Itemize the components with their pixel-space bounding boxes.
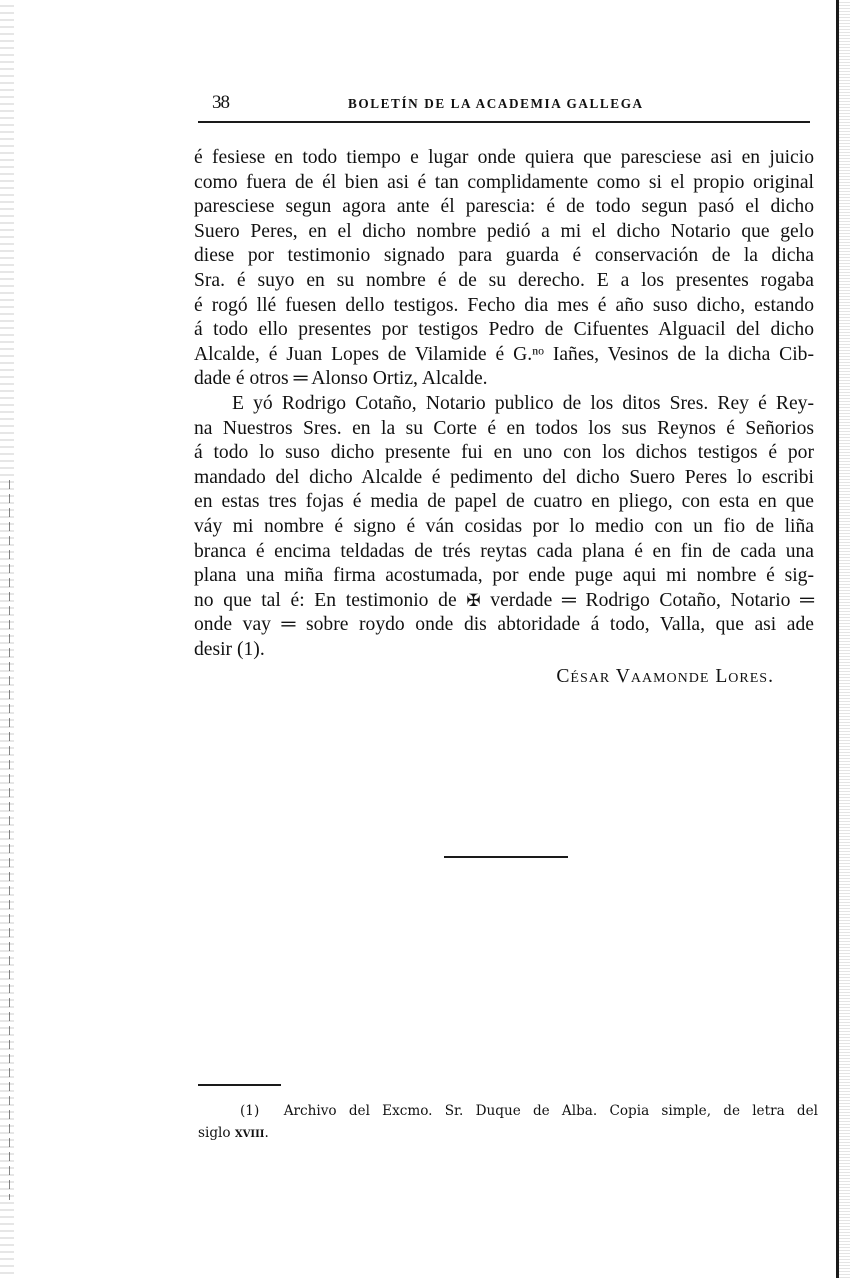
text-line: é rogó llé fuesen dello testigos. Fecho … (194, 294, 814, 319)
footnote-line: (1) Archivo del Excmo. Sr. Duque de Alba… (198, 1100, 818, 1122)
running-head: 38 BOLETÍN DE LA ACADEMIA GALLEGA (200, 92, 810, 114)
text-line: plana una miña firma acostumada, por end… (194, 564, 814, 589)
text-fragment: no que tal é: En testimonio de (194, 590, 457, 611)
footnote-text: . (264, 1125, 268, 1141)
text-line: Sra. é suyo en su nombre é de su derecho… (194, 269, 814, 294)
footnote-text: siglo (198, 1125, 231, 1141)
body-text: é fesiese en todo tiempo e lugar onde qu… (194, 146, 814, 690)
page-number: 38 (212, 92, 229, 114)
text-line: dade é otros ═ Alonso Ortiz, Alcalde. (194, 367, 814, 392)
text-line: desir (1). (194, 638, 814, 663)
scan-left-edge (0, 0, 14, 1278)
century-numeral: xviii (235, 1125, 265, 1141)
footnote-rule (198, 1084, 281, 1086)
text-line: mandado del dicho Alcalde é pedimento de… (194, 466, 814, 491)
section-separator (444, 856, 568, 858)
text-line: Alcalde, é Juan Lopes de Vilamide é G.ⁿᵒ… (194, 343, 814, 368)
text-line: é fesiese en todo tiempo e lugar onde qu… (194, 146, 814, 171)
text-line: como fuera de él bien asi é tan complida… (194, 171, 814, 196)
text-line: onde vay ═ sobre roydo onde dis abtorida… (194, 613, 814, 638)
text-line: váy mi nombre é signo é ván cosidas por … (194, 515, 814, 540)
text-line: Suero Peres, en el dicho nombre pedió a … (194, 220, 814, 245)
notary-cross-icon: ✠ (466, 591, 480, 610)
footnote-line: siglo xviii. (198, 1122, 818, 1144)
text-line: na Nuestros Sres. en la su Corte é en to… (194, 417, 814, 442)
text-line: á todo lo suso dicho presente fui en uno… (194, 441, 814, 466)
text-fragment: verdade ═ Rodrigo Cotaño, Notario ═ (490, 590, 814, 611)
text-line: branca é encima teldadas de trés reytas … (194, 540, 814, 565)
scan-binding-shadow (839, 0, 850, 1278)
scan-left-edge-line (9, 480, 10, 1200)
footnote: (1) Archivo del Excmo. Sr. Duque de Alba… (198, 1100, 818, 1144)
author-signature: César Vaamonde Lores. (194, 665, 814, 690)
text-line: á todo ello presentes por testigos Pedro… (194, 318, 814, 343)
footnote-text: Archivo del Excmo. Sr. Duque de Alba. Co… (284, 1103, 818, 1119)
text-line: paresciese segun agora ante él parescia:… (194, 195, 814, 220)
text-line: diese por testimonio signado para guarda… (194, 244, 814, 269)
footnote-marker: (1) (240, 1103, 259, 1119)
header-rule (198, 121, 810, 123)
text-line-with-sign: no que tal é: En testimonio de ✠ verdade… (194, 589, 814, 614)
text-line: E yó Rodrigo Cotaño, Notario publico de … (194, 392, 814, 417)
text-line: en estas tres fojas é media de papel de … (194, 490, 814, 515)
journal-title: BOLETÍN DE LA ACADEMIA GALLEGA (348, 96, 644, 112)
